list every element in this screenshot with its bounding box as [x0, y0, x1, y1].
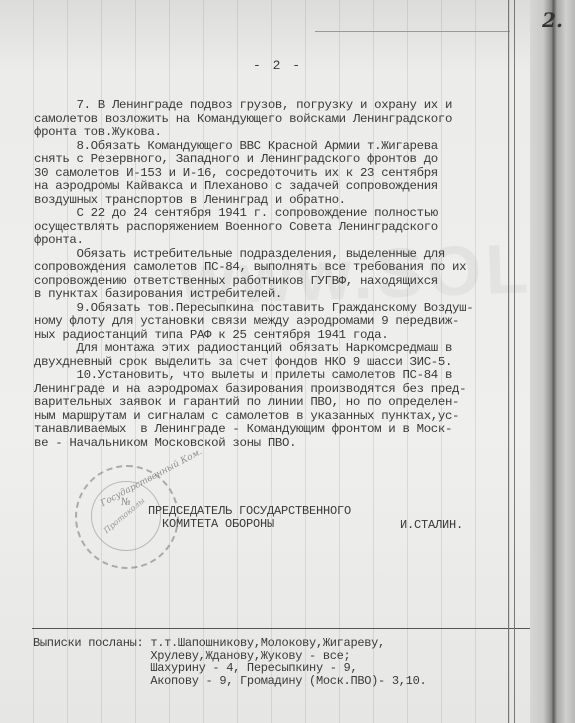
body-line: осуществлять распоряжением Военного Сове… [34, 221, 534, 235]
body-line: Ленинграде и на аэродромах базирования п… [34, 383, 534, 397]
distribution-rule [32, 628, 554, 629]
body-line: снять с Резервного, Западного и Ленингра… [34, 153, 534, 167]
sheet-number: 2. [542, 8, 563, 32]
header-rule [315, 31, 510, 32]
body-line: 30 самолетов И-153 и И-16, сосредоточить… [34, 167, 534, 181]
document-page: www.SOLDAT.ru - 2 - 7. В Ленинграде подв… [0, 0, 575, 723]
body-line: фронта тов.Жукова. [34, 126, 534, 140]
body-line: в пунктах базирования истребителей. [34, 288, 534, 302]
distribution-line: Акопову - 9, Громадину (Моск.ПВО)- 3,10. [33, 675, 426, 688]
binding-edge [530, 0, 575, 723]
body-line: двухдневный срок выделить за счет фондов… [34, 356, 534, 370]
body-line: 7. В Ленинграде подвоз грузов, погрузку … [34, 99, 534, 113]
body-line: 9.Обязать тов.Пересыпкина поставить Граж… [34, 302, 534, 316]
signature-title-2: КОМИТЕТА ОБОРОНЫ [148, 517, 274, 531]
distribution-line: Шахурину - 4, Пересыпкину - 9, [33, 662, 426, 675]
body-line: Для монтажа этих радиостанций обязать На… [34, 342, 534, 356]
page-header: - 2 - [0, 58, 575, 73]
body-line: сопровождения самолетов ПС-84, выполнять… [34, 261, 534, 275]
body-line: ве - Начальником Московской зоны ПВО. [34, 437, 534, 451]
body-line: на аэродромы Кайвакса и Плеханово с зада… [34, 180, 534, 194]
margin-line [514, 0, 515, 723]
signature-block: ПРЕДСЕДАТЕЛЬ ГОСУДАРСТВЕННОГО КОМИТЕТА О… [148, 505, 351, 531]
body-line: танавливаемых в Ленинграде - Командующим… [34, 423, 534, 437]
margin-line [508, 0, 509, 723]
signature-name: И.СТАЛИН. [400, 518, 463, 532]
signature-title-1: ПРЕДСЕДАТЕЛЬ ГОСУДАРСТВЕННОГО [148, 504, 351, 518]
body-line: ных радиостанций типа РАФ к 25 сентября … [34, 329, 534, 343]
document-body: 7. В Ленинграде подвоз грузов, погрузку … [34, 99, 534, 450]
distribution-line: Выписки посланы: т.т.Шапошникову,Молоков… [33, 637, 426, 650]
body-line: С 22 до 24 сентября 1941 г. сопровождени… [34, 207, 534, 221]
distribution-list: Выписки посланы: т.т.Шапошникову,Молоков… [33, 637, 426, 687]
body-line: сопровождению ответственных работников Г… [34, 275, 534, 289]
body-line: 8.Обязать Командующего ВВС Красной Армии… [34, 140, 534, 154]
body-line: фронта. [34, 234, 534, 248]
body-line: ному флоту для установки связи между аэр… [34, 315, 534, 329]
body-line: Обязать истребительные подразделения, вы… [34, 248, 534, 262]
body-line: самолетов возложить на Командующего войс… [34, 113, 534, 127]
body-line: варительных заявок и гарантий по линии П… [34, 396, 534, 410]
body-line: 10.Установить, что вылеты и прилеты само… [34, 369, 534, 383]
body-line: воздушных транспортов в Ленинград и обра… [34, 194, 534, 208]
body-line: ным маршрутам и сигналам с самолетов в у… [34, 410, 534, 424]
